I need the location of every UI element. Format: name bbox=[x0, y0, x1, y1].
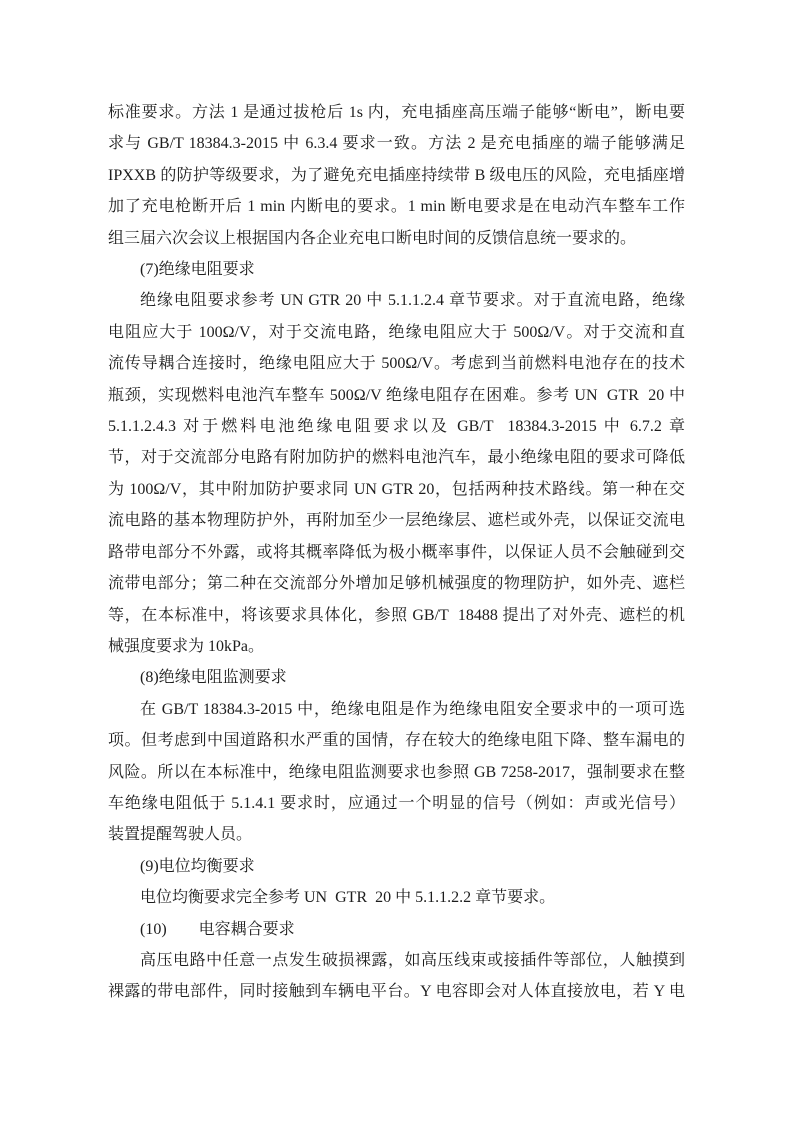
text-line: 电阻应大于 100Ω/V，对于交流电路，绝缘电阻应大于 500Ω/V。对于交流和… bbox=[108, 317, 685, 348]
text-line: 5.1.1.2.4.3 对于燃料电池绝缘电阻要求以及 GB/T 18384.3-… bbox=[108, 411, 685, 442]
text-line: 标准要求。方法 1 是通过拔枪后 1s 内，充电插座高压端子能够“断电”，断电要 bbox=[108, 97, 685, 128]
text-line: 组三届六次会议上根据国内各企业充电口断电时间的反馈信息统一要求的。 bbox=[108, 223, 685, 254]
section-heading: (10) 电容耦合要求 bbox=[108, 914, 685, 945]
text-line: 瓶颈，实现燃料电池汽车整车 500Ω/V 绝缘电阻存在困难。参考 UN GTR … bbox=[108, 380, 685, 411]
paragraph: 标准要求。方法 1 是通过拔枪后 1s 内，充电插座高压端子能够“断电”，断电要… bbox=[108, 97, 685, 254]
text-line: 等，在本标准中，将该要求具体化，参照 GB/T 18488 提出了对外壳、遮栏的… bbox=[108, 600, 685, 631]
text-line: 装置提醒驾驶人员。 bbox=[108, 819, 685, 850]
text-line: 流传导耦合连接时，绝缘电阻应大于 500Ω/V。考虑到当前燃料电池存在的技术 bbox=[108, 348, 685, 379]
document-page: 标准要求。方法 1 是通过拔枪后 1s 内，充电插座高压端子能够“断电”，断电要… bbox=[0, 0, 793, 1122]
heading-line: (10) 电容耦合要求 bbox=[108, 914, 685, 945]
section-heading: (7)绝缘电阻要求 bbox=[108, 254, 685, 285]
text-line: IPXXB 的防护等级要求，为了避免充电插座持续带 B 级电压的风险，充电插座增 bbox=[108, 160, 685, 191]
heading-line: (7)绝缘电阻要求 bbox=[108, 254, 685, 285]
text-line: 电位均衡要求完全参考 UN GTR 20 中 5.1.1.2.2 章节要求。 bbox=[108, 882, 685, 913]
text-line: 项。但考虑到中国道路积水严重的国情，存在较大的绝缘电阻下降、整车漏电的 bbox=[108, 725, 685, 756]
section-heading: (9)电位均衡要求 bbox=[108, 851, 685, 882]
text-line: 风险。所以在本标准中，绝缘电阻监测要求也参照 GB 7258-2017，强制要求… bbox=[108, 757, 685, 788]
paragraph: 绝缘电阻要求参考 UN GTR 20 中 5.1.1.2.4 章节要求。对于直流… bbox=[108, 285, 685, 662]
text-line: 绝缘电阻要求参考 UN GTR 20 中 5.1.1.2.4 章节要求。对于直流… bbox=[108, 285, 685, 316]
text-line: 裸露的带电部件，同时接触到车辆电平台。Y 电容即会对人体直接放电，若 Y 电 bbox=[108, 976, 685, 1007]
text-line: 路带电部分不外露，或将其概率降低为极小概率事件，以保证人员不会触碰到交 bbox=[108, 537, 685, 568]
text-line: 械强度要求为 10kPa。 bbox=[108, 631, 685, 662]
heading-line: (9)电位均衡要求 bbox=[108, 851, 685, 882]
paragraph: 高压电路中任意一点发生破损裸露，如高压线束或接插件等部位，人触摸到裸露的带电部件… bbox=[108, 945, 685, 1008]
text-line: 车绝缘电阻低于 5.1.4.1 要求时，应通过一个明显的信号（例如：声或光信号） bbox=[108, 788, 685, 819]
heading-line: (8)绝缘电阻监测要求 bbox=[108, 662, 685, 693]
paragraph: 电位均衡要求完全参考 UN GTR 20 中 5.1.1.2.2 章节要求。 bbox=[108, 882, 685, 913]
text-line: 加了充电枪断开后 1 min 内断电的要求。1 min 断电要求是在电动汽车整车… bbox=[108, 191, 685, 222]
section-heading: (8)绝缘电阻监测要求 bbox=[108, 662, 685, 693]
paragraph: 在 GB/T 18384.3-2015 中，绝缘电阻是作为绝缘电阻安全要求中的一… bbox=[108, 694, 685, 851]
text-line: 高压电路中任意一点发生破损裸露，如高压线束或接插件等部位，人触摸到 bbox=[108, 945, 685, 976]
text-line: 节，对于交流部分电路有附加防护的燃料电池汽车，最小绝缘电阻的要求可降低 bbox=[108, 442, 685, 473]
text-block: 标准要求。方法 1 是通过拔枪后 1s 内，充电插座高压端子能够“断电”，断电要… bbox=[108, 97, 685, 1008]
text-line: 求与 GB/T 18384.3-2015 中 6.3.4 要求一致。方法 2 是… bbox=[108, 128, 685, 159]
text-line: 为 100Ω/V，其中附加防护要求同 UN GTR 20，包括两种技术路线。第一… bbox=[108, 474, 685, 505]
text-line: 在 GB/T 18384.3-2015 中，绝缘电阻是作为绝缘电阻安全要求中的一… bbox=[108, 694, 685, 725]
text-line: 流电路的基本物理防护外，再附加至少一层绝缘层、遮栏或外壳，以保证交流电 bbox=[108, 505, 685, 536]
text-line: 流带电部分；第二种在交流部分外增加足够机械强度的物理防护，如外壳、遮栏 bbox=[108, 568, 685, 599]
